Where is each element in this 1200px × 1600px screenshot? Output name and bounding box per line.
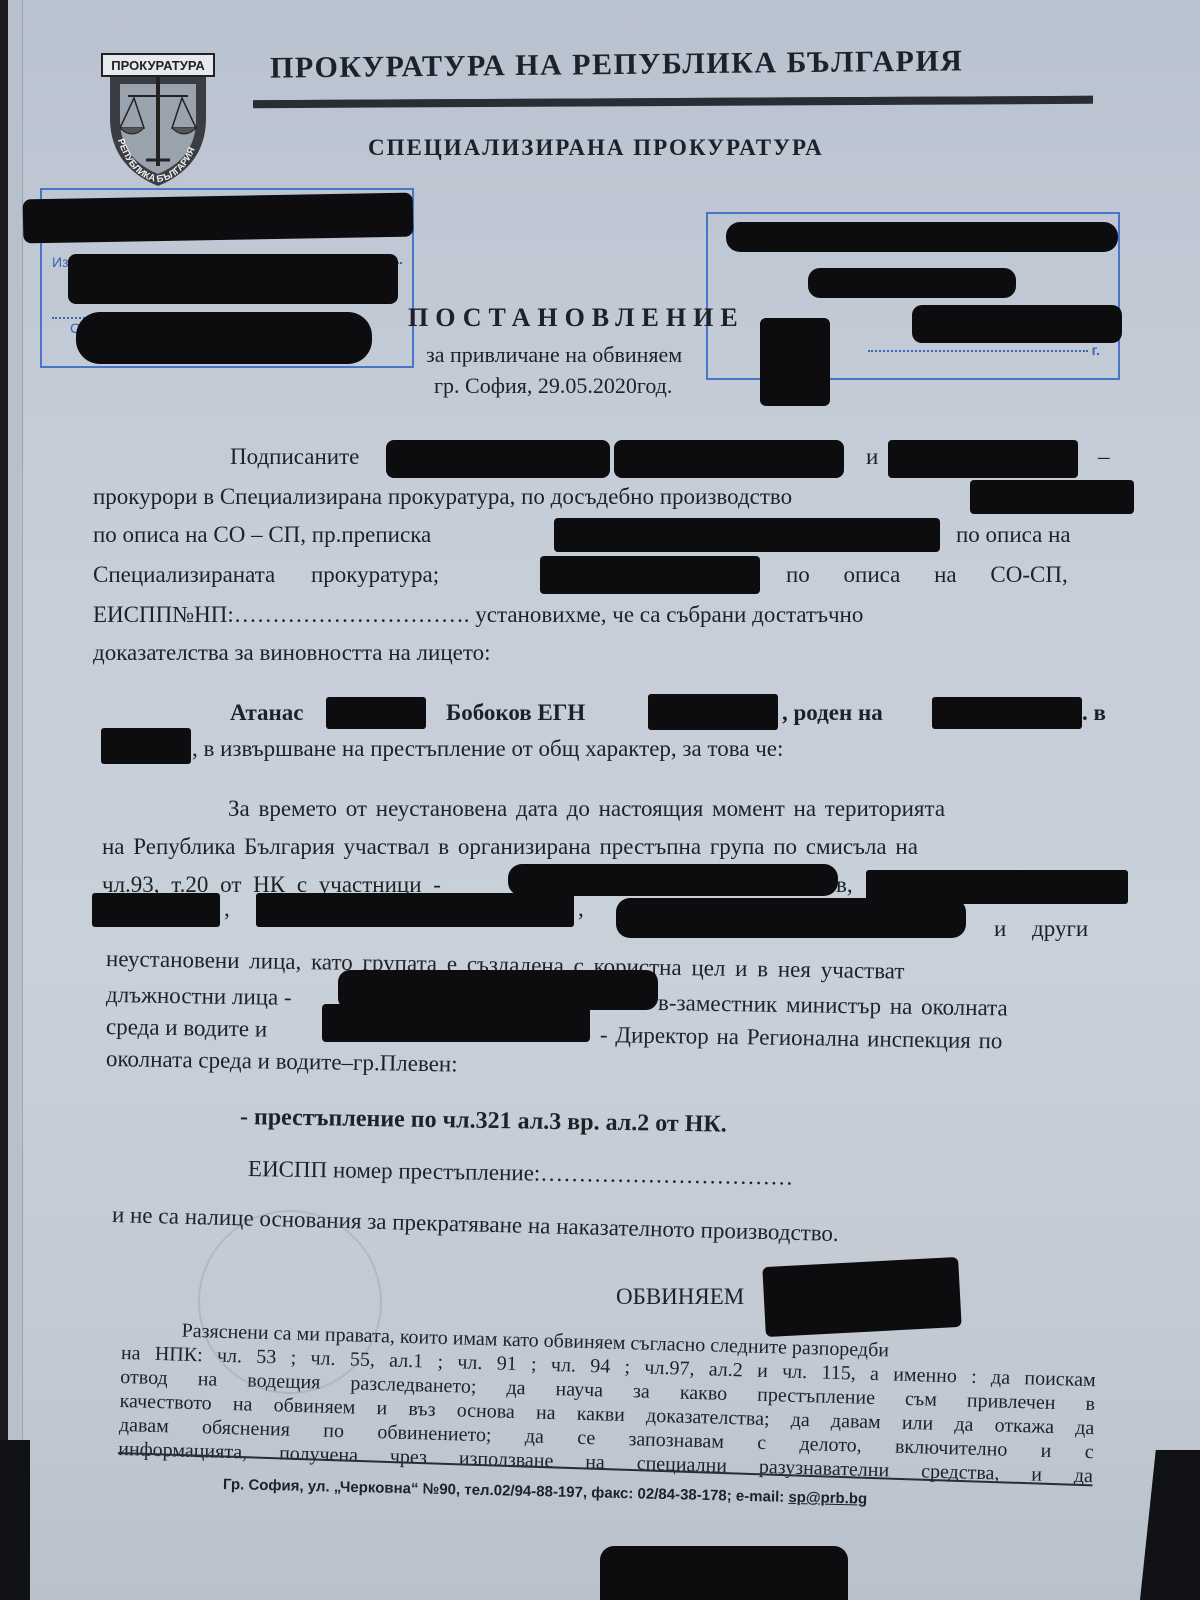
stamp-label: Из <box>52 254 68 270</box>
redaction <box>23 193 414 244</box>
accused-signature-label: ОБВИНЯЕМ <box>616 1278 744 1316</box>
margin-side-text: …по вземане на … <box>0 1090 2 1215</box>
stamp-label: г. <box>1092 342 1100 358</box>
redaction <box>76 312 372 364</box>
text-fragment: , роден на <box>782 694 883 732</box>
text-line: околната среда и водите–гр.Плевен: <box>106 1040 458 1084</box>
header-rule <box>253 96 1093 108</box>
text-line: по описа на СО-СП, <box>786 556 1068 594</box>
accused-last-name: Бобоков ЕГН <box>446 694 585 732</box>
text-fragment: – <box>1098 438 1110 476</box>
redaction <box>554 518 940 552</box>
sub-org-title: СПЕЦИАЛИЗИРАНА ПРОКУРАТУРА <box>368 135 824 161</box>
redaction <box>68 254 398 304</box>
redaction <box>970 480 1134 514</box>
text-fragment: . в <box>1082 694 1106 732</box>
text-fragment: и други <box>994 910 1088 948</box>
redaction <box>322 1004 590 1042</box>
signed-label: Подписаните <box>230 438 359 476</box>
document-subtitle: за привличане на обвиняем <box>426 342 682 368</box>
redaction <box>616 898 966 938</box>
redaction <box>760 318 830 406</box>
text-line: доказателства за виновността на лицето: <box>93 634 490 672</box>
redaction <box>600 1546 848 1600</box>
footer-email-link[interactable]: sp@prb.bg <box>788 1489 867 1508</box>
text-line: Специализираната прокуратура; <box>93 556 439 594</box>
place-date: гр. София, 29.05.2020год. <box>434 373 672 399</box>
text-line: по описа на <box>956 516 1071 554</box>
document-page: ПРОКУРАТУРА РЕПУБЛИКА БЪЛГАРИЯ ПРОКУРАТУ… <box>8 0 1200 1600</box>
footer-address: Гр. София, ул. „Черковна“ №90, тел.02/94… <box>223 1476 868 1508</box>
text-line: , в извършване на престъпление от общ ха… <box>192 730 783 768</box>
charge-article: - престъпление по чл.321 ал.3 вр. ал.2 о… <box>240 1098 727 1144</box>
redaction <box>508 864 838 896</box>
redaction <box>101 728 191 764</box>
redaction <box>386 440 610 478</box>
redaction <box>648 694 778 730</box>
dotted-line <box>868 350 1088 352</box>
faint-round-stamp <box>198 1210 382 1394</box>
text-fragment: , <box>224 890 230 928</box>
document-title: ПОСТАНОВЛЕНИЕ <box>408 303 745 333</box>
redaction <box>614 440 844 478</box>
redaction <box>912 305 1122 343</box>
text-fragment: и <box>866 438 878 476</box>
text-line: на Република България участвал в организ… <box>102 828 918 866</box>
text-fragment: , <box>578 890 584 928</box>
redaction <box>762 1257 961 1337</box>
svg-text:ПРОКУРАТУРА: ПРОКУРАТУРА <box>111 58 205 73</box>
text-line: За времето от неустановена дата до насто… <box>228 790 945 828</box>
text-line: прокурори в Специализирана прокуратура, … <box>93 478 792 516</box>
text-line: ЕИСПП№НП:…………………………. установихме, че са … <box>93 596 863 634</box>
redaction <box>540 556 760 594</box>
org-title: ПРОКУРАТУРА НА РЕПУБЛИКА БЪЛГАРИЯ <box>270 44 964 85</box>
text-line: - Директор на Регионална инспекция по <box>600 1016 1003 1060</box>
redaction <box>256 893 574 927</box>
redaction <box>726 222 1118 252</box>
redaction <box>808 268 1016 298</box>
accused-first-name: Атанас <box>230 694 304 732</box>
footer-address-text: Гр. София, ул. „Черковна“ №90, тел.02/94… <box>223 1476 789 1506</box>
prosecution-emblem-icon: ПРОКУРАТУРА РЕПУБЛИКА БЪЛГАРИЯ <box>98 48 218 188</box>
redaction <box>888 440 1078 478</box>
redaction <box>326 697 426 729</box>
redaction <box>932 697 1082 729</box>
eispp-number-field: ЕИСПП номер престъпление:…………………………… <box>248 1150 794 1197</box>
redaction <box>92 893 220 927</box>
text-line: по описа на СО – СП, пр.преписка <box>93 516 431 554</box>
background-edge <box>0 1440 30 1600</box>
